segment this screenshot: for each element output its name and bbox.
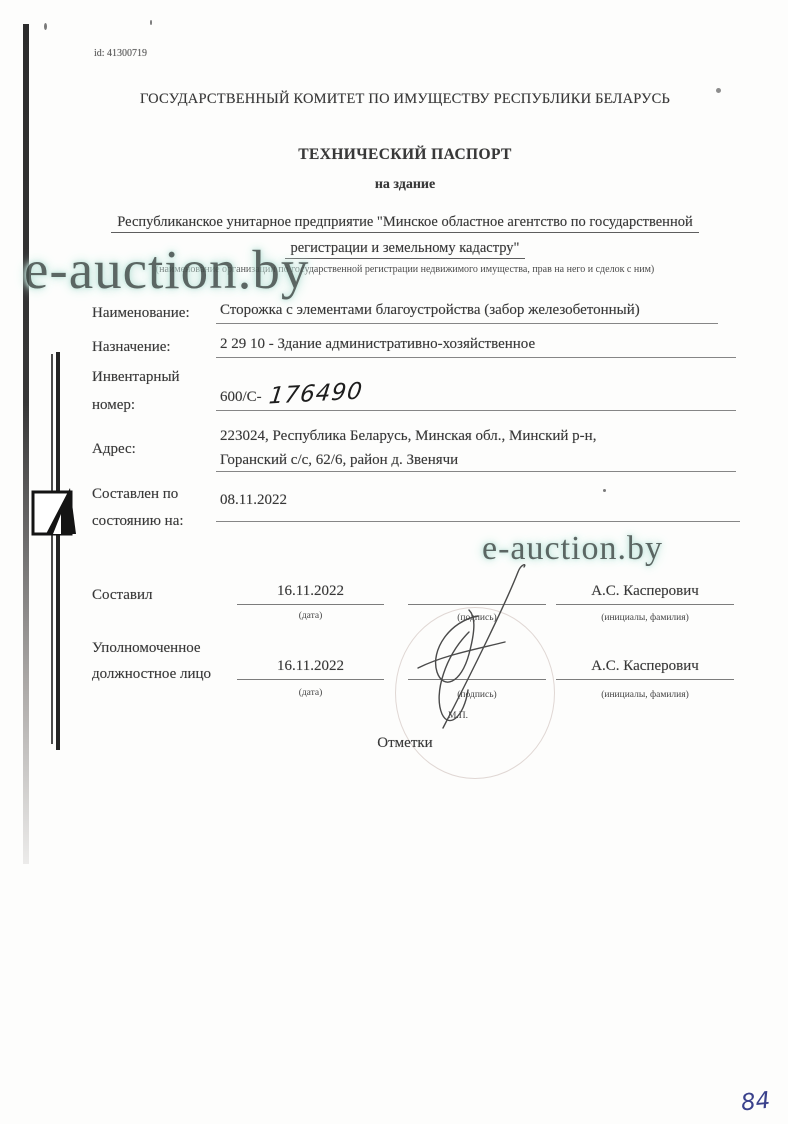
scanned-document-page: id: 41300719 ГОСУДАРСТВЕННЫЙ КОМИТЕТ ПО …	[0, 0, 788, 1124]
handwritten-page-number: 84	[740, 1088, 772, 1117]
signature-strokes	[0, 0, 788, 1124]
marks-title: Отметки	[60, 735, 750, 752]
